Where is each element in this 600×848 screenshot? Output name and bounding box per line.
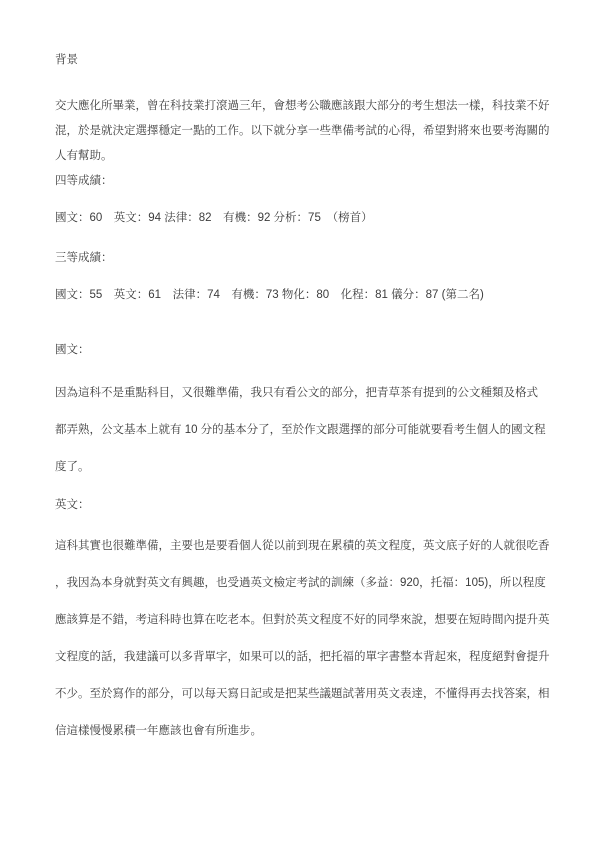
grade4-score-line: 國文：60 英文：94 法律：82 有機：92 分析：75 （榜首） (55, 211, 565, 226)
heading-grade4-scores: 四等成績： (55, 174, 565, 189)
document-page: 背景 交大應化所畢業，曾在科技業打滾過三年，會想考公職應該跟大部分的考生想法一樣… (0, 0, 600, 848)
paragraph-chinese: 因為這科不是重點科目，又很難準備，我只有看公文的部分，把青草茶有提到的公文種類及… (55, 375, 565, 486)
paragraph-english: 這科其實也很難準備，主要也是要看個人從以前到現在累積的英文程度，英文底子好的人就… (55, 528, 565, 750)
paragraph-background: 交大應化所畢業，曾在科技業打滾過三年，會想考公職應該跟大部分的考生想法一樣，科技… (55, 94, 565, 169)
section-heading-background: 背景 (55, 53, 565, 68)
section-heading-chinese: 國文： (55, 343, 565, 358)
heading-grade3-scores: 三等成績： (55, 251, 565, 266)
grade3-score-line: 國文：55 英文：61 法律：74 有機：73 物化：80 化程：81 儀分：8… (55, 288, 565, 303)
section-heading-english: 英文： (55, 498, 565, 513)
